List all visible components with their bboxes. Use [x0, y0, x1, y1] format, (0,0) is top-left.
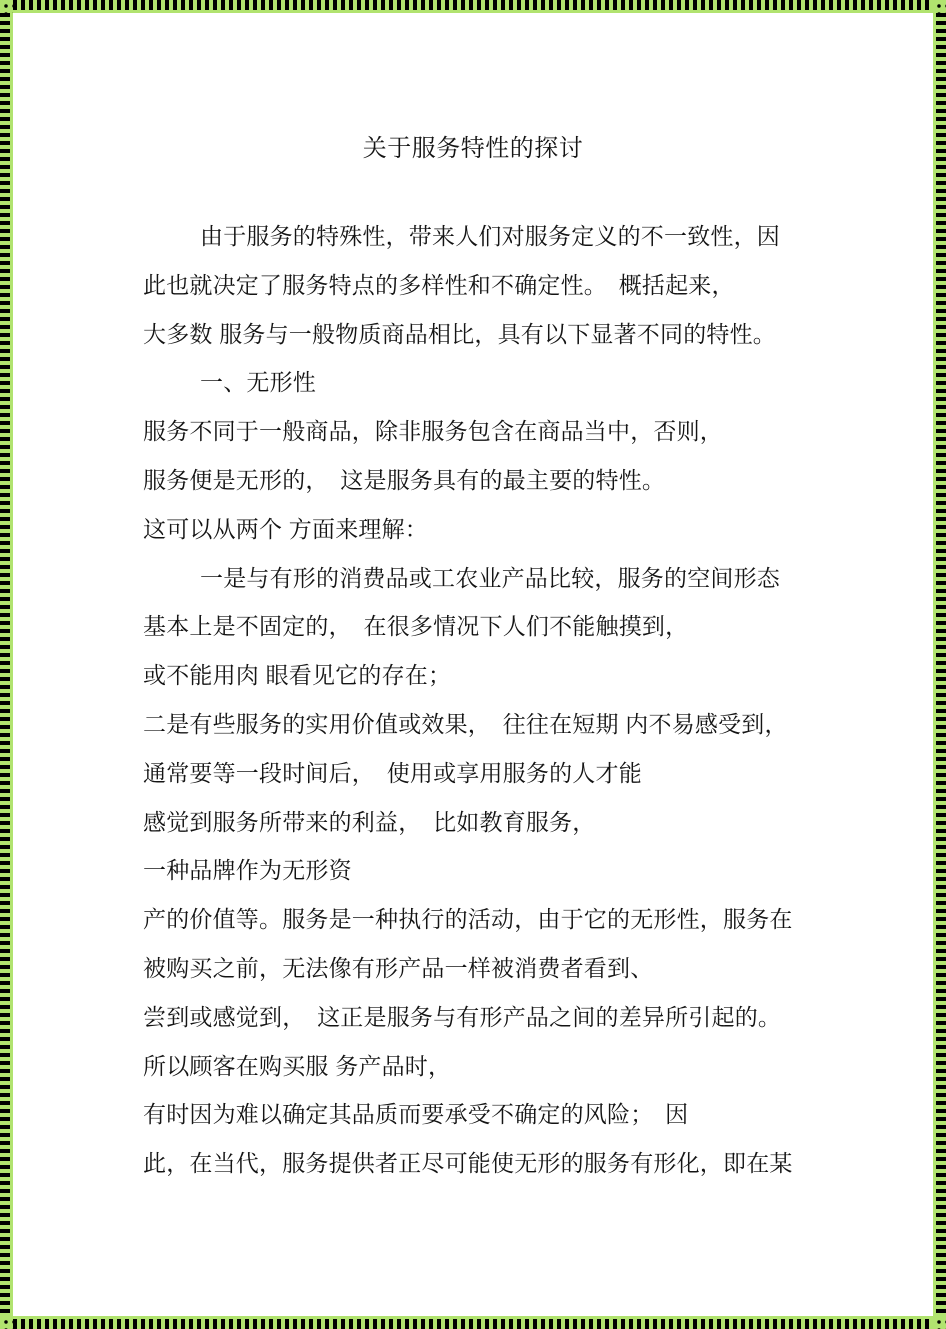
text-line: 通常要等一段时间后， 使用或享用服务的人才能 — [143, 749, 833, 798]
frame-corner-bottom-right — [933, 1316, 946, 1329]
text-line: 尝到或感觉到， 这正是服务与有形产品之间的差异所引起的。 — [143, 993, 833, 1042]
text-line: 服务便是无形的， 这是服务具有的最主要的特性。 — [143, 456, 833, 505]
text-line: 一、无形性 — [143, 358, 833, 407]
document-title: 关于服务特性的探讨 — [13, 133, 933, 165]
frame-border-bottom — [13, 1316, 933, 1329]
text-line: 或不能用肉 眼看见它的存在； — [143, 651, 833, 700]
text-line: 服务不同于一般商品，除非服务包含在商品当中，否则， — [143, 407, 833, 456]
text-line: 此，在当代，服务提供者正尽可能使无形的服务有形化，即在某 — [143, 1139, 833, 1188]
frame-corner-bottom-left — [0, 1316, 13, 1329]
frame-corner-top-left — [0, 0, 13, 13]
text-line: 大多数 服务与一般物质商品相比，具有以下显著不同的特性。 — [143, 310, 833, 359]
document-page: 关于服务特性的探讨 由于服务的特殊性，带来人们对服务定义的不一致性，因此也就决定… — [0, 0, 946, 1329]
text-line: 一种品牌作为无形资 — [143, 846, 833, 895]
page-content: 关于服务特性的探讨 由于服务的特殊性，带来人们对服务定义的不一致性，因此也就决定… — [13, 13, 933, 1316]
text-line: 感觉到服务所带来的利益， 比如教育服务， — [143, 798, 833, 847]
text-line: 被购买之前，无法像有形产品一样被消费者看到、 — [143, 944, 833, 993]
text-line: 此也就决定了服务特点的多样性和不确定性。 概括起来， — [143, 261, 833, 310]
text-line: 基本上是不固定的， 在很多情况下人们不能触摸到， — [143, 602, 833, 651]
text-line: 所以顾客在购买服 务产品时， — [143, 1042, 833, 1091]
text-line: 有时因为难以确定其品质而要承受不确定的风险； 因 — [143, 1090, 833, 1139]
body-text: 由于服务的特殊性，带来人们对服务定义的不一致性，因此也就决定了服务特点的多样性和… — [143, 212, 833, 1188]
text-line: 由于服务的特殊性，带来人们对服务定义的不一致性，因 — [143, 212, 833, 261]
frame-corner-top-right — [933, 0, 946, 13]
text-line: 产的价值等。服务是一种执行的活动，由于它的无形性，服务在 — [143, 895, 833, 944]
text-line: 这可以从两个 方面来理解： — [143, 505, 833, 554]
frame-border-right — [933, 13, 946, 1316]
frame-border-top — [13, 0, 933, 13]
text-line: 一是与有形的消费品或工农业产品比较，服务的空间形态 — [143, 554, 833, 603]
text-line: 二是有些服务的实用价值或效果， 往往在短期 内不易感受到， — [143, 700, 833, 749]
frame-border-left — [0, 13, 13, 1316]
